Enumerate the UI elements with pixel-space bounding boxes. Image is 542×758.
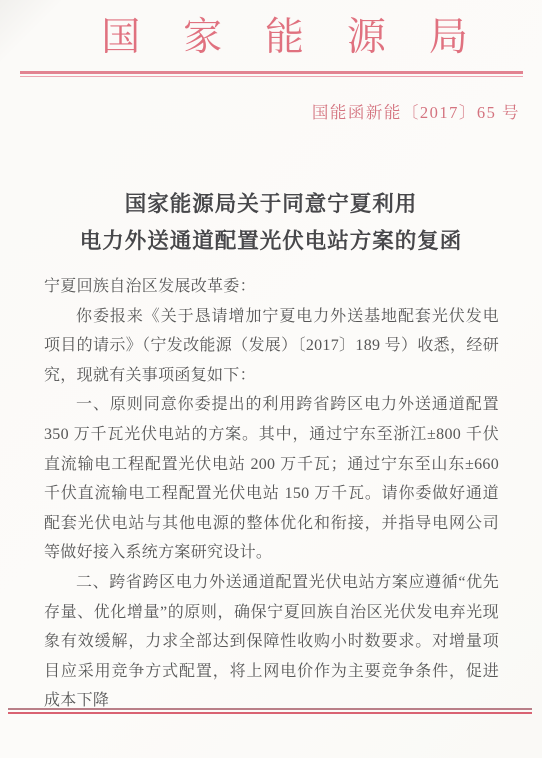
- footer-divider: [8, 708, 532, 714]
- paragraph-item-one: 一、原则同意你委提出的利用跨省跨区电力外送通道配置 350 万千瓦光伏电站的方案…: [44, 390, 499, 568]
- letterhead-agency-name: 国家能源局: [0, 14, 542, 62]
- letterhead-divider: [20, 71, 523, 77]
- document-body: 宁夏回族自治区发展改革委： 你委报来《关于恳请增加宁夏电力外送基地配套光伏发电项…: [44, 272, 499, 716]
- document-title: 国家能源局关于同意宁夏利用 电力外送通道配置光伏电站方案的复函: [0, 186, 542, 260]
- paragraph-intro: 你委报来《关于恳请增加宁夏电力外送基地配套光伏发电项目的请示》（宁发改能源（发展…: [44, 302, 499, 391]
- paragraph-item-two: 二、跨省跨区电力外送通道配置光伏电站方案应遵循“优先存量、优化增量”的原则，确保…: [44, 568, 499, 716]
- document-number: 国能函新能〔2017〕65 号: [312, 99, 520, 123]
- document-page: 国家能源局 国能函新能〔2017〕65 号 国家能源局关于同意宁夏利用 电力外送…: [0, 0, 542, 758]
- document-title-line2: 电力外送通道配置光伏电站方案的复函: [0, 223, 542, 260]
- salutation: 宁夏回族自治区发展改革委：: [44, 272, 499, 302]
- document-title-line1: 国家能源局关于同意宁夏利用: [0, 186, 542, 223]
